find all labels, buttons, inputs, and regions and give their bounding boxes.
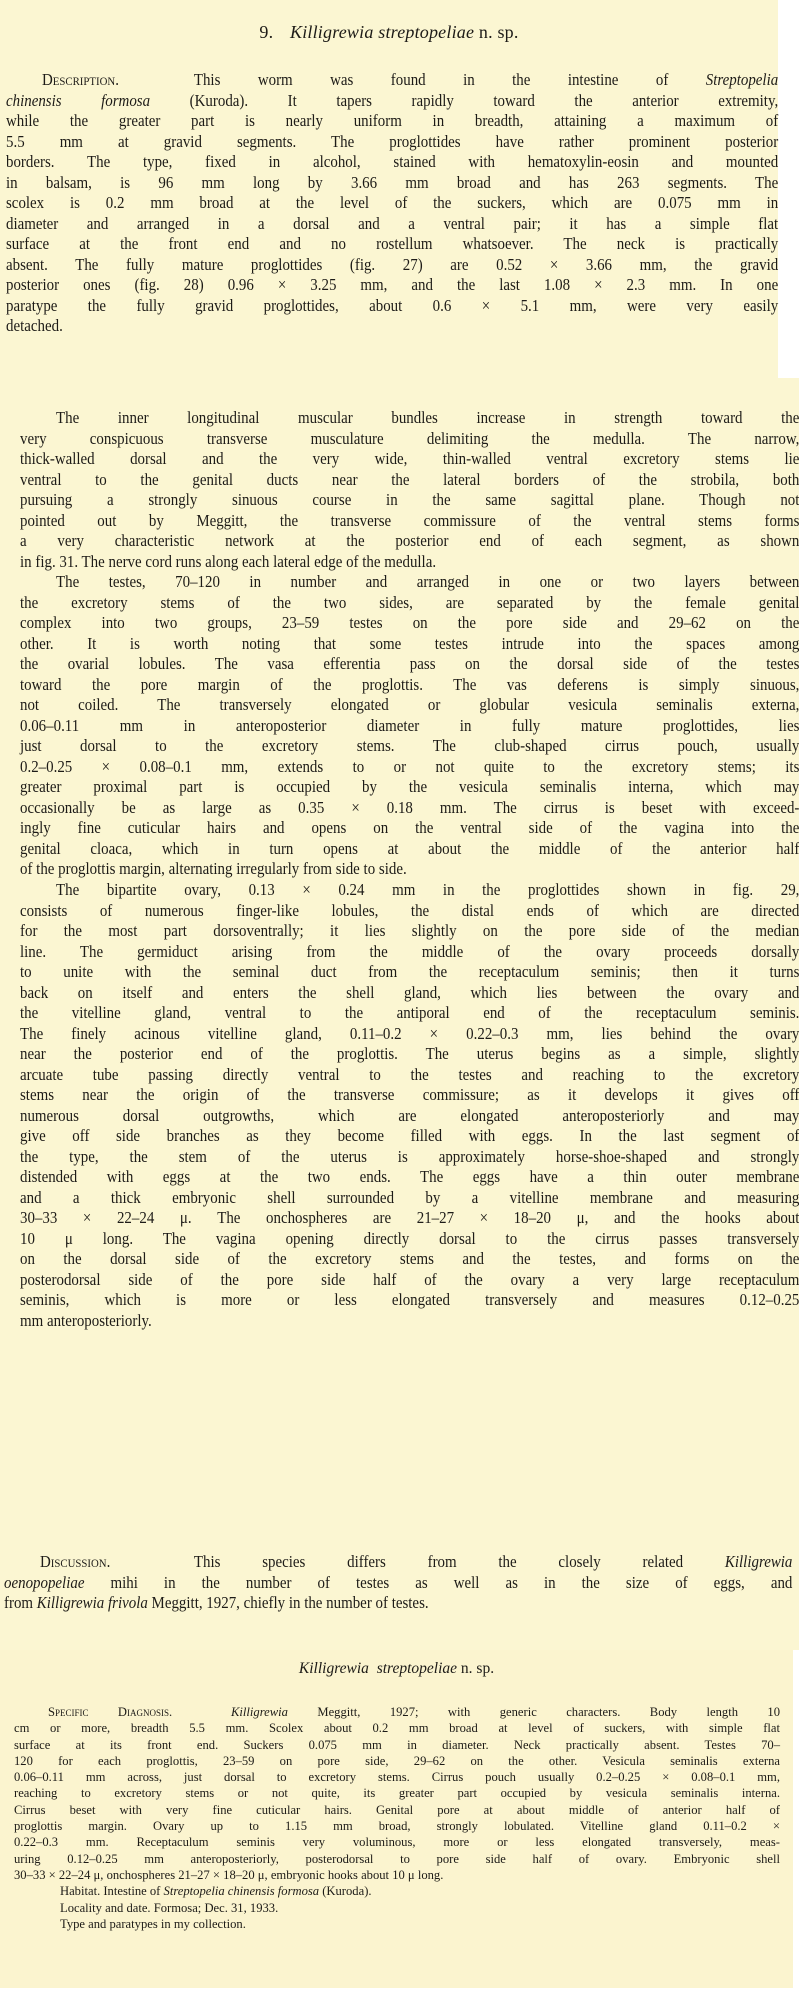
- text-line: posterodorsal side of the pore side half…: [20, 1270, 799, 1291]
- text-line: 30–33 × 22–24 μ, onchospheres 21–27 × 18…: [14, 1867, 780, 1883]
- text-line: 10 μ long. The vagina opening directly d…: [20, 1229, 799, 1250]
- ovary-paragraph: The bipartite ovary, 0.13 × 0.24 mm in t…: [20, 880, 799, 1331]
- text-line: pursuing a strongly sinuous course in th…: [20, 490, 799, 511]
- text-line: pointed out by Meggitt, the transverse c…: [20, 511, 799, 532]
- text-line: seminis, which is more or less elongated…: [20, 1290, 799, 1311]
- text-line: 0.22–0.3 mm. Receptaculum seminis very v…: [14, 1834, 780, 1850]
- text-line: The inner longitudinal muscular bundles …: [20, 408, 799, 429]
- text-line: distended with eggs at the two ends. The…: [20, 1167, 799, 1188]
- text-line: The bipartite ovary, 0.13 × 0.24 mm in t…: [20, 880, 799, 901]
- text-line: Specific Diagnosis. Killigrewia Meggitt,…: [14, 1704, 780, 1720]
- text-line: surface at its front end. Suckers 0.075 …: [14, 1737, 780, 1753]
- text-line: chinensis formosa (Kuroda). It tapers ra…: [6, 91, 778, 112]
- text-line: on the dorsal side of the excretory stem…: [20, 1249, 799, 1270]
- species-epithet: streptopeliae: [378, 22, 474, 42]
- musculature-paragraph: The inner longitudinal muscular bundles …: [20, 408, 799, 572]
- text-line: 120 for each proglottis, 23–59 on pore s…: [14, 1753, 780, 1769]
- text-line: 5.5 mm at gravid segments. The proglotti…: [6, 132, 778, 153]
- text-line: the ovarial lobules. The vasa efferentia…: [20, 654, 799, 675]
- text-line: posterior ones (fig. 28) 0.96 × 3.25 mm,…: [6, 275, 778, 296]
- text-line: uring 0.12–0.25 mm anteroposteriorly, po…: [14, 1851, 780, 1867]
- text-line: 0.06–0.11 mm in anteroposterior diameter…: [20, 716, 799, 737]
- text-line: reaching to excretory stems or not quite…: [14, 1785, 780, 1801]
- text-line: Description. This worm was found in the …: [6, 70, 778, 91]
- text-line: borders. The type, fixed in alcohol, sta…: [6, 152, 778, 173]
- text-line: give off side branches as they become fi…: [20, 1126, 799, 1147]
- text-line: from Killigrewia frivola Meggitt, 1927, …: [4, 1593, 792, 1614]
- species-number: 9.: [259, 22, 273, 42]
- text-line: in fig. 31. The nerve cord runs along ea…: [20, 552, 799, 573]
- text-line: greater proximal part is occupied by the…: [20, 777, 799, 798]
- specific-diagnosis: Specific Diagnosis. Killigrewia Meggitt,…: [14, 1704, 780, 1932]
- text-line: consists of numerous finger-like lobules…: [20, 901, 799, 922]
- species-suffix: n. sp.: [479, 22, 519, 42]
- text-line: other. It is worth noting that some test…: [20, 634, 799, 655]
- text-line: 0.2–0.25 × 0.08–0.1 mm, extends to or no…: [20, 757, 799, 778]
- text-line: toward the pore margin of the proglottis…: [20, 675, 799, 696]
- text-line: arcuate tube passing directly ventral to…: [20, 1065, 799, 1086]
- text-line: the type, the stem of the uterus is appr…: [20, 1147, 799, 1168]
- section-label: Discussion.: [40, 1552, 110, 1571]
- text-line: diameter and arranged in a dorsal and a …: [6, 214, 778, 235]
- page-section-description: 9. Killigrewia streptopeliae n. sp. Desc…: [0, 0, 778, 378]
- text-line: mm anteroposteriorly.: [20, 1311, 799, 1332]
- text-line: 0.06–0.11 mm across, just dorsal to excr…: [14, 1769, 780, 1785]
- text-line: proglottis margin. Ovary up to 1.15 mm b…: [14, 1818, 780, 1834]
- testes-paragraph: The testes, 70–120 in number and arrange…: [20, 572, 799, 880]
- text-line: Cirrus beset with very fine cuticular ha…: [14, 1802, 780, 1818]
- text-line: near the posterior end of the proglottis…: [20, 1044, 799, 1065]
- text-line: complex into two groups, 23–59 testes on…: [20, 613, 799, 634]
- text-line: ingly fine cuticular hairs and opens on …: [20, 818, 799, 839]
- description-paragraph: Description. This worm was found in the …: [6, 70, 778, 337]
- page-section-anatomy: The inner longitudinal muscular bundles …: [0, 378, 799, 1650]
- diagnosis-heading: Killigrewia streptopeliae n. sp.: [0, 1660, 793, 1678]
- section-label: Description.: [42, 70, 119, 89]
- text-line: The finely acinous vitelline gland, 0.11…: [20, 1024, 799, 1045]
- text-line: Discussion. This species differs from th…: [4, 1552, 792, 1573]
- locality-line: Locality and date. Formosa; Dec. 31, 193…: [14, 1900, 780, 1916]
- text-line: the excretory stems of the two sides, ar…: [20, 593, 799, 614]
- habitat-line: Habitat. Intestine of Streptopelia chine…: [14, 1883, 780, 1899]
- text-line: oenopopeliae mihi in the number of teste…: [4, 1573, 792, 1594]
- text-line: line. The germiduct arising from the mid…: [20, 942, 799, 963]
- text-line: paratype the fully gravid proglottides, …: [6, 296, 778, 317]
- text-line: in balsam, is 96 mm long by 3.66 mm broa…: [6, 173, 778, 194]
- text-line: the vitelline gland, ventral to the anti…: [20, 1003, 799, 1024]
- text-line: while the greater part is nearly uniform…: [6, 111, 778, 132]
- species-heading: 9. Killigrewia streptopeliae n. sp.: [0, 22, 778, 43]
- page-section-diagnosis: Killigrewia streptopeliae n. sp. Specifi…: [0, 1650, 793, 1988]
- text-line: surface at the front end and no rostellu…: [6, 234, 778, 255]
- text-line: numerous dorsal outgrowths, which are el…: [20, 1106, 799, 1127]
- text-line: very conspicuous transverse musculature …: [20, 429, 799, 450]
- section-label: Specific Diagnosis.: [48, 1705, 172, 1719]
- text-line: of the proglottis margin, alternating ir…: [20, 859, 799, 880]
- text-line: occasionally be as large as 0.35 × 0.18 …: [20, 798, 799, 819]
- text-line: cm or more, breadth 5.5 mm. Scolex about…: [14, 1720, 780, 1736]
- text-line: genital cloaca, which in turn opens at a…: [20, 839, 799, 860]
- species-genus: Killigrewia: [290, 22, 374, 42]
- type-line: Type and paratypes in my collection.: [14, 1916, 780, 1932]
- text-line: back on itself and enters the shell glan…: [20, 983, 799, 1004]
- text-line: scolex is 0.2 mm broad at the level of t…: [6, 193, 778, 214]
- text-line: absent. The fully mature proglottides (f…: [6, 255, 778, 276]
- text-line: and a thick embryonic shell surrounded b…: [20, 1188, 799, 1209]
- text-line: for the most part dorsoventrally; it lie…: [20, 921, 799, 942]
- text-line: stems near the origin of the transverse …: [20, 1085, 799, 1106]
- text-line: The testes, 70–120 in number and arrange…: [20, 572, 799, 593]
- text-line: to unite with the seminal duct from the …: [20, 962, 799, 983]
- text-line: just dorsal to the excretory stems. The …: [20, 736, 799, 757]
- text-line: ventral to the genital ducts near the la…: [20, 470, 799, 491]
- text-line: a very characteristic network at the pos…: [20, 531, 799, 552]
- text-line: thick-walled dorsal and the very wide, t…: [20, 449, 799, 470]
- text-line: detached.: [6, 316, 778, 337]
- text-line: not coiled. The transversely elongated o…: [20, 695, 799, 716]
- text-line: 30–33 × 22–24 μ. The onchospheres are 21…: [20, 1208, 799, 1229]
- discussion-paragraph: Discussion. This species differs from th…: [4, 1552, 792, 1614]
